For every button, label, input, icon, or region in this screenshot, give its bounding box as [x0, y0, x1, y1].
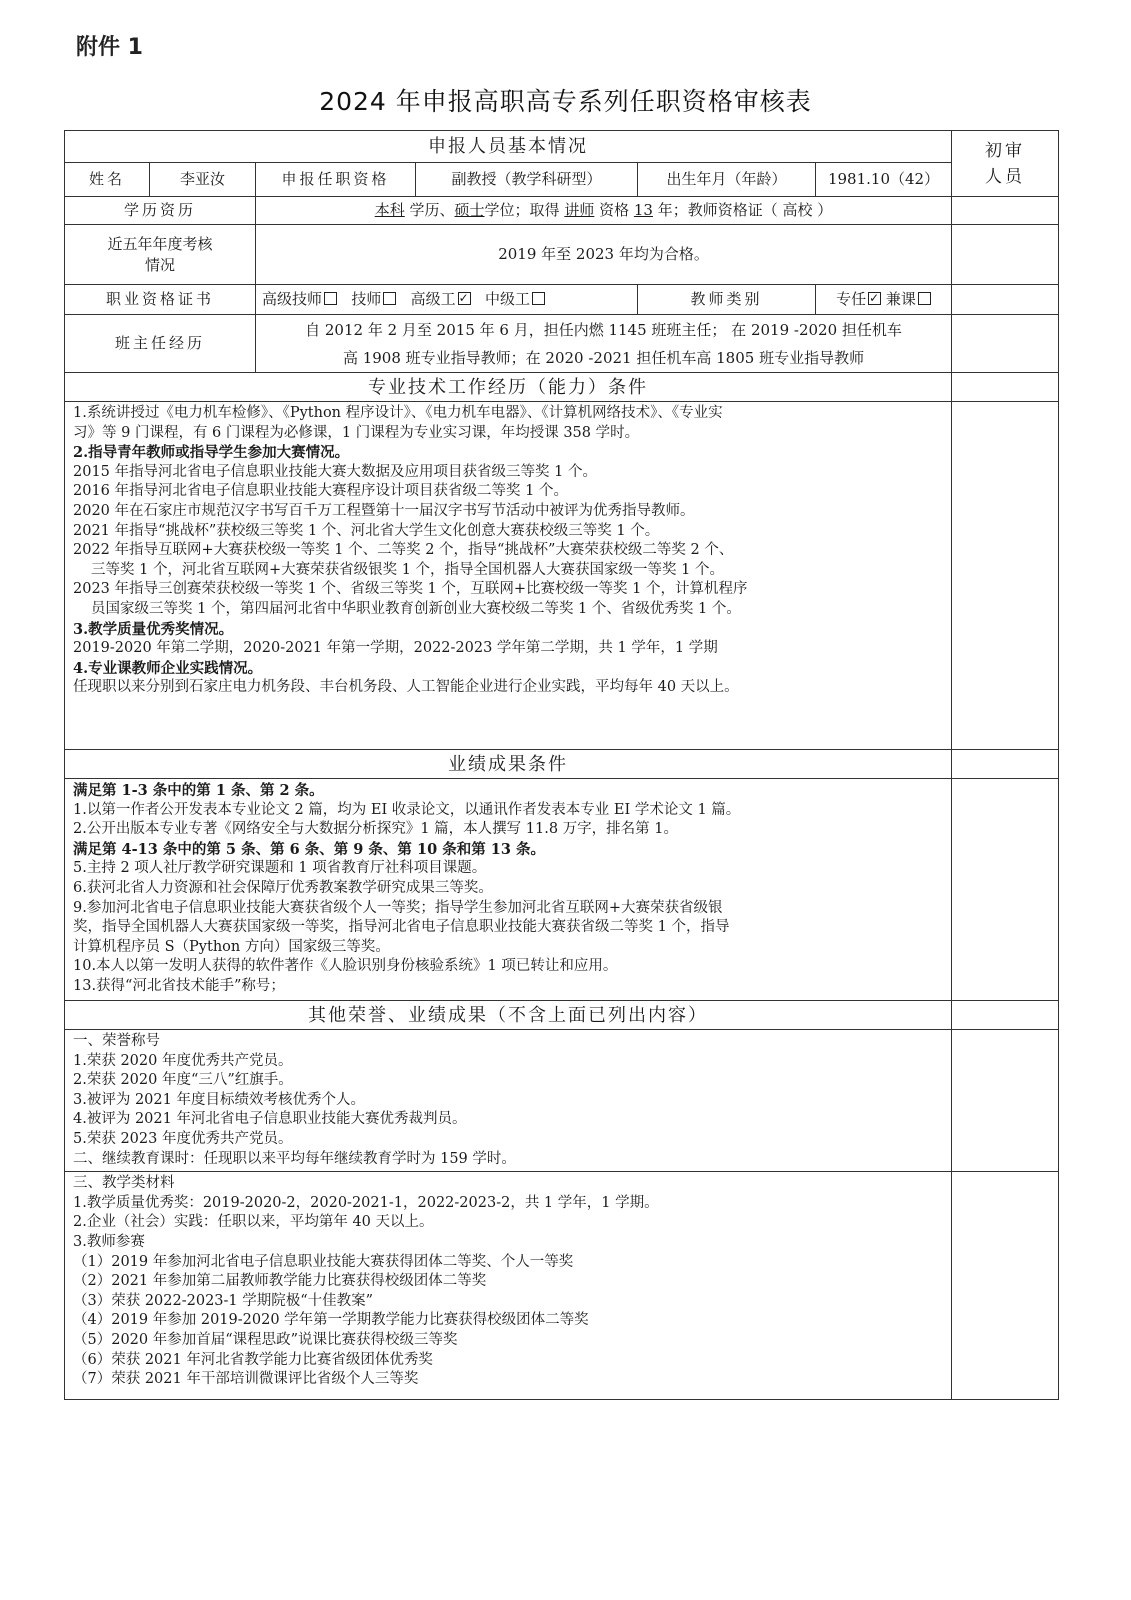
achievement-line: 13.获得“河北省技术能手”称号； — [73, 977, 943, 997]
class-teacher-value: 自 2012 年 2 月至 2015 年 6 月，担任内燃 1145 班班主任；… — [256, 315, 952, 373]
achievements-content: 满足第 1-3 条中的第 1 条、第 2 条。 1.以第一作者公开发表本专业论文… — [65, 779, 952, 1001]
reviewer-cell — [952, 779, 1059, 1001]
achievement-line: 2.公开出版本专业专著《网络安全与大数据分析探究》1 篇，本人撰写 11.8 万… — [73, 820, 943, 840]
qualification-label: 申报任职资格 — [256, 163, 416, 197]
assessment-value: 2019 年至 2023 年均为合格。 — [256, 225, 952, 285]
assessment-label-line-2: 情况 — [71, 255, 249, 276]
work-line: 员国家级三等奖 1 个，第四届河北省中华职业教育创新创业大赛校级二等奖 1 个、… — [73, 600, 943, 620]
achievement-line: 6.获河北省人力资源和社会保障厅优秀教案教学研究成果三等奖。 — [73, 879, 943, 899]
certificate-technician: 技师 — [351, 290, 396, 308]
achievement-heading: 满足第 4-13 条中的第 5 条、第 6 条、第 9 条、第 10 条和第 1… — [73, 840, 943, 860]
work-line: 2022 年指导互联网+大赛获校级一等奖 1 个、二等奖 2 个，指导“挑战杯”… — [73, 541, 943, 561]
checkbox-icon[interactable] — [918, 292, 931, 305]
work-line: 2023 年指导三创赛荣获校级一等奖 1 个、省级三等奖 1 个，互联网+比赛校… — [73, 580, 943, 600]
honor-line: 1.荣获 2020 年度优秀共产党员。 — [73, 1052, 943, 1072]
work-experience-content: 1.系统讲授过《电力机车检修》、《Python 程序设计》、《电力机车电器》、《… — [65, 402, 952, 750]
work-heading: 3.教学质量优秀奖情况。 — [73, 620, 943, 640]
reviewer-header: 初审 人员 — [952, 131, 1059, 197]
work-line: 任现职以来分别到石家庄电力机务段、丰台机务段、人工智能企业进行企业实践，平均每年… — [73, 678, 943, 698]
education-years: 13 — [634, 201, 653, 219]
reviewer-cell — [952, 1172, 1059, 1400]
reviewer-line-1: 初审 — [958, 138, 1052, 164]
work-heading: 4.专业课教师企业实践情况。 — [73, 659, 943, 679]
education-text: 学位；取得 — [485, 201, 565, 219]
work-line: 习》等 9 门课程，有 6 门课程为必修课，1 门课程为专业实习课，年均授课 3… — [73, 424, 943, 444]
reviewer-cell — [952, 197, 1059, 225]
teaching-line: （2）2021 年参加第二届教师教学能力比赛获得校级团体二等奖 — [73, 1272, 943, 1292]
honor-line: 二、继续教育课时：任现职以来平均每年继续教育学时为 159 学时。 — [73, 1150, 943, 1170]
name-value: 李亚汝 — [150, 163, 256, 197]
page-title: 2024 年申报高职高专系列任职资格审核表 — [0, 82, 1131, 118]
certificate-intermediate-worker: 中级工 — [485, 290, 545, 308]
education-label: 学历资历 — [65, 197, 256, 225]
teacher-type-parttime: 兼课 — [886, 290, 916, 308]
honors-content: 一、荣誉称号 1.荣获 2020 年度优秀共产党员。 2.荣获 2020 年度“… — [65, 1030, 952, 1172]
education-text: 学历、 — [405, 201, 455, 219]
checkbox-icon[interactable] — [532, 292, 545, 305]
teaching-line: 3.教师参赛 — [73, 1233, 943, 1253]
name-label: 姓名 — [65, 163, 150, 197]
class-teacher-line-2: 高 1908 班专业指导教师；在 2020 -2021 担任机车高 1805 班… — [262, 344, 945, 372]
teacher-type-label: 教师类别 — [638, 285, 816, 315]
basic-info-section-title: 申报人员基本情况 — [65, 131, 952, 163]
certificate-label: 职业资格证书 — [65, 285, 256, 315]
work-line: 1.系统讲授过《电力机车检修》、《Python 程序设计》、《电力机车电器》、《… — [73, 404, 943, 424]
achievement-line: 5.主持 2 项人社厅教学研究课题和 1 项省教育厅社科项目课题。 — [73, 859, 943, 879]
teaching-line: （4）2019 年参加 2019-2020 学年第一学期教学能力比赛获得校级团体… — [73, 1311, 943, 1331]
work-line: 2016 年指导河北省电子信息职业技能大赛程序设计项目获省级二等奖 1 个。 — [73, 482, 943, 502]
education-academic-degree: 硕士 — [455, 201, 485, 219]
teaching-line: 1.教学质量优秀奖：2019-2020-2，2020-2021-1，2022-2… — [73, 1194, 943, 1214]
assessment-label-line-1: 近五年年度考核 — [71, 234, 249, 255]
qualification-value: 副教授（教学科研型） — [416, 163, 638, 197]
education-value: 本科 学历、硕士学位；取得 讲师 资格 13 年；教师资格证（ 高校 ） — [256, 197, 952, 225]
work-line: 2021 年指导“挑战杯”获校级三等奖 1 个、河北省大学生文化创意大赛获校级三… — [73, 522, 943, 542]
education-text: 资格 — [594, 201, 634, 219]
checkbox-checked-icon[interactable] — [458, 292, 471, 305]
reviewer-cell — [952, 285, 1059, 315]
teacher-type-options: 专任 兼课 — [816, 285, 952, 315]
checkbox-checked-icon[interactable] — [868, 292, 881, 305]
teaching-line: （1）2019 年参加河北省电子信息职业技能大赛获得团体二等奖、个人一等奖 — [73, 1253, 943, 1273]
reviewer-cell — [952, 315, 1059, 373]
teaching-materials-content: 三、教学类材料 1.教学质量优秀奖：2019-2020-2，2020-2021-… — [65, 1172, 952, 1400]
checkbox-icon[interactable] — [383, 292, 396, 305]
honor-line: 4.被评为 2021 年河北省电子信息职业技能大赛优秀裁判员。 — [73, 1110, 943, 1130]
reviewer-cell — [952, 402, 1059, 750]
honor-line: 5.荣获 2023 年度优秀共产党员。 — [73, 1130, 943, 1150]
other-honors-section-title: 其他荣誉、业绩成果（不含上面已列出内容） — [65, 1001, 952, 1030]
education-degree: 本科 — [375, 201, 405, 219]
work-line: 2019-2020 年第二学期，2020-2021 年第一学期，2022-202… — [73, 639, 943, 659]
teaching-line: （5）2020 年参加首届“课程思政”说课比赛获得校级三等奖 — [73, 1331, 943, 1351]
reviewer-line-2: 人员 — [958, 164, 1052, 190]
teaching-line: （7）荣获 2021 年干部培训微课评比省级个人三等奖 — [73, 1370, 943, 1390]
work-heading: 2.指导青年教师或指导学生参加大赛情况。 — [73, 443, 943, 463]
class-teacher-label: 班主任经历 — [65, 315, 256, 373]
honor-line: 一、荣誉称号 — [73, 1032, 943, 1052]
class-teacher-line-1: 自 2012 年 2 月至 2015 年 6 月，担任内燃 1145 班班主任；… — [262, 316, 945, 344]
work-line: 三等奖 1 个，河北省互联网+大赛荣获省级银奖 1 个，指导全国机器人大赛获国家… — [73, 561, 943, 581]
honor-line: 2.荣获 2020 年度“三八”红旗手。 — [73, 1071, 943, 1091]
work-experience-section-title: 专业技术工作经历（能力）条件 — [65, 373, 952, 402]
teacher-type-fulltime: 专任 — [836, 290, 866, 308]
assessment-label: 近五年年度考核 情况 — [65, 225, 256, 285]
achievement-heading: 满足第 1-3 条中的第 1 条、第 2 条。 — [73, 781, 943, 801]
attachment-label: 附件 1 — [76, 30, 143, 61]
birth-value: 1981.10（42） — [816, 163, 952, 197]
honor-line: 3.被评为 2021 年度目标绩效考核优秀个人。 — [73, 1091, 943, 1111]
teaching-line: （6）荣获 2021 年河北省教学能力比赛省级团体优秀奖 — [73, 1351, 943, 1371]
achievement-line: 计算机程序员 S（Python 方向）国家级三等奖。 — [73, 938, 943, 958]
qualification-review-table: 申报人员基本情况 初审 人员 姓名 李亚汝 申报任职资格 副教授（教学科研型） … — [64, 130, 1059, 1400]
certificate-senior-worker: 高级工 — [411, 290, 471, 308]
reviewer-cell — [952, 1001, 1059, 1030]
work-line: 2020 年在石家庄市规范汉字书写百千万工程暨第十一届汉字书写节活动中被评为优秀… — [73, 502, 943, 522]
work-line: 2015 年指导河北省电子信息职业技能大赛大数据及应用项目获省级三等奖 1 个。 — [73, 463, 943, 483]
achievement-line: 奖，指导全国机器人大赛获国家级一等奖，指导河北省电子信息职业技能大赛获省级二等奖… — [73, 918, 943, 938]
certificate-options: 高级技师 技师 高级工 中级工 — [256, 285, 638, 315]
reviewer-cell — [952, 750, 1059, 779]
achievement-line: 9.参加河北省电子信息职业技能大赛获省级个人一等奖；指导学生参加河北省互联网+大… — [73, 899, 943, 919]
education-title: 讲师 — [564, 201, 594, 219]
reviewer-cell — [952, 1030, 1059, 1172]
achievement-line: 10.本人以第一发明人获得的软件著作《人脸识别身份核验系统》1 项已转让和应用。 — [73, 957, 943, 977]
education-text: 年；教师资格证（ 高校 ） — [653, 201, 832, 219]
birth-label: 出生年月（年龄） — [638, 163, 816, 197]
achievements-section-title: 业绩成果条件 — [65, 750, 952, 779]
teaching-line: 2.企业（社会）实践：任职以来，平均第年 40 天以上。 — [73, 1213, 943, 1233]
achievement-line: 1.以第一作者公开发表本专业论文 2 篇，均为 EI 收录论文，以通讯作者发表本… — [73, 801, 943, 821]
checkbox-icon[interactable] — [324, 292, 337, 305]
reviewer-cell — [952, 225, 1059, 285]
teaching-line: 三、教学类材料 — [73, 1174, 943, 1194]
reviewer-cell — [952, 373, 1059, 402]
teaching-line: （3）荣获 2022-2023-1 学期院极“十佳教案” — [73, 1292, 943, 1312]
certificate-senior-technician: 高级技师 — [262, 290, 337, 308]
